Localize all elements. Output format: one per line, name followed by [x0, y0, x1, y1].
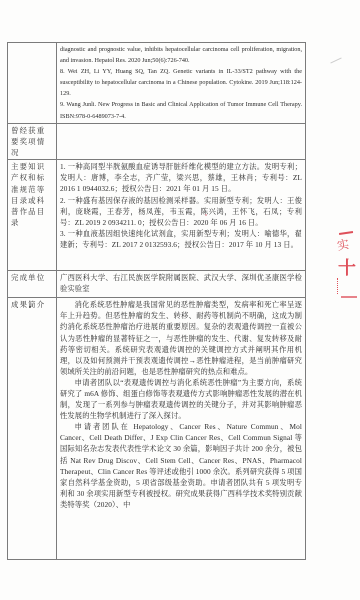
red-seal-stamp: 实 十 [335, 228, 360, 302]
stamp-edge [339, 231, 353, 234]
row-label-completing-units: 完成单位 [8, 271, 57, 298]
stamp-edge [337, 278, 341, 294]
reference-9: 9. Wang Junli. New Progress in Basic and… [60, 99, 302, 121]
patent-item-1: 1. 一种高同型半胱氨酸血症诱导肝脏纤维化模型的建立方法。发明专利；发明人：唐博… [60, 161, 302, 194]
reference-7-continued: diagnostic and prognostic value, inhibit… [60, 44, 302, 66]
summary-paragraph-1: 消化系统恶性肿瘤是我国常见的恶性肿瘤类型，发病率和死亡率呈逐年上升趋势。但恶性肿… [60, 299, 302, 377]
achievement-form-table: diagnostic and prognostic value, inhibit… [7, 42, 306, 560]
row-label-achievement-summary: 成果简介 [8, 298, 57, 560]
scan-speck [29, 306, 31, 308]
scan-artifact [330, 58, 341, 64]
scan-speck-pink [205, 214, 207, 216]
table-row-references-continued: diagnostic and prognostic value, inhibit… [8, 43, 306, 124]
table-row-completing-units: 完成单位 广西医科大学、右江民族医学院附属医院、武汉大学、深圳优圣康医学检验实验… [8, 271, 306, 298]
scanned-document-page: diagnostic and prognostic value, inhibit… [0, 0, 360, 600]
reference-8: 8. Wei ZH, Li YY, Huang SQ, Tan ZQ. Gene… [60, 66, 302, 99]
patent-item-3: 3. 一种血液基因组快速纯化试剂盒，实用新型专利；发明人：喻德华，翟建新；专利号… [60, 228, 302, 250]
completing-units-text: 广西医科大学、右江民族医学院附属医院、武汉大学、深圳优圣康医学检验实验室 [60, 272, 302, 294]
achievement-summary-cell: 消化系统恶性肿瘤是我国常见的恶性肿瘤类型，发病率和死亡率呈逐年上升趋势。但恶性肿… [57, 298, 306, 560]
stamp-char-1: 实 [336, 235, 351, 254]
patents-cell: 1. 一种高同型半胱氨酸血症诱导肝脏纤维化模型的建立方法。发明专利；发明人：唐博… [57, 160, 306, 271]
stamp-edge [341, 296, 357, 298]
awards-cell-empty [57, 123, 306, 160]
row-label-empty [8, 43, 57, 124]
table-row-intellectual-property: 主要知识产权和标准规范等目录或科普作品目录 1. 一种高同型半胱氨酸血症诱导肝脏… [8, 160, 306, 271]
table-row-achievement-summary: 成果简介 消化系统恶性肿瘤是我国常见的恶性肿瘤类型，发病率和死亡率呈逐年上升趋势… [8, 298, 306, 560]
completing-units-cell: 广西医科大学、右江民族医学院附属医院、武汉大学、深圳优圣康医学检验实验室 [57, 271, 306, 298]
stamp-char-2: 十 [338, 254, 356, 280]
summary-paragraph-2: 申请者团队以“表观遗传调控与消化系统恶性肿瘤”为主要方向，系统研究了 m6A 修… [60, 377, 302, 421]
summary-paragraph-3: 申请者团队在 Hepatology、Cancer Res、Nature Comm… [60, 421, 302, 510]
row-label-awards: 曾经获重要奖项情况 [8, 123, 57, 160]
table-row-awards: 曾经获重要奖项情况 [8, 123, 306, 160]
patent-item-2: 2. 一种盛有基因保存液的基因检测采样器。实用新型专利；发明人：王俊利，庞晓霞，… [60, 195, 302, 228]
row-label-intellectual-property: 主要知识产权和标准规范等目录或科普作品目录 [8, 160, 57, 271]
references-cell: diagnostic and prognostic value, inhibit… [57, 43, 306, 124]
